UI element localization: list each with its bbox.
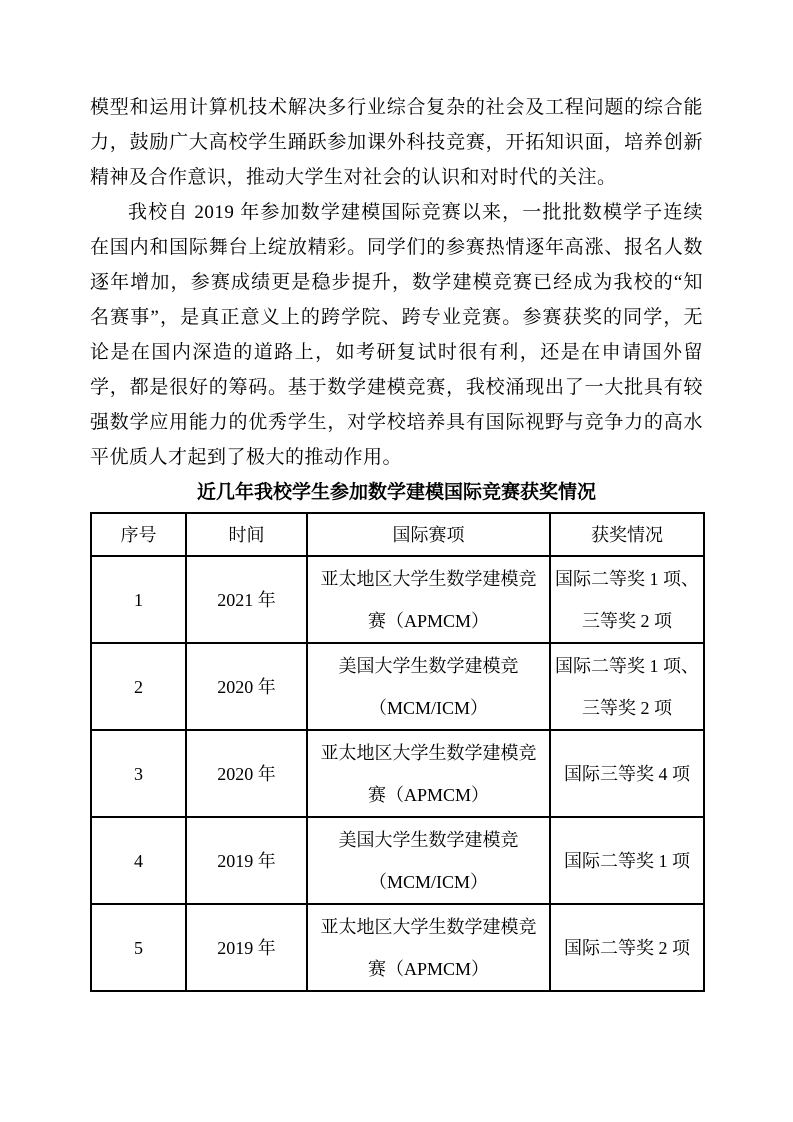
cell-event-name: 亚太地区大学生数学建模竞赛（APMCM）	[307, 556, 550, 643]
column-header-1: 时间	[186, 513, 307, 556]
table-row: 22020 年美国大学生数学建模竞（MCM/ICM）国际二等奖 1 项、三等奖 …	[91, 643, 704, 730]
cell-event-name: 美国大学生数学建模竞（MCM/ICM）	[307, 643, 550, 730]
cell-serial-number: 3	[91, 730, 186, 817]
cell-award-result: 国际二等奖 2 项	[550, 904, 704, 991]
cell-serial-number: 1	[91, 556, 186, 643]
table-row: 52019 年亚太地区大学生数学建模竞赛（APMCM）国际二等奖 2 项	[91, 904, 704, 991]
cell-event-name: 美国大学生数学建模竞（MCM/ICM）	[307, 817, 550, 904]
cell-event-name: 亚太地区大学生数学建模竞赛（APMCM）	[307, 730, 550, 817]
table-title: 近几年我校学生参加数学建模国际竞赛获奖情况	[90, 481, 703, 505]
cell-serial-number: 4	[91, 817, 186, 904]
column-header-0: 序号	[91, 513, 186, 556]
document-page: 模型和运用计算机技术解决多行业综合复杂的社会及工程问题的综合能力，鼓励广大高校学…	[0, 0, 793, 1122]
cell-serial-number: 2	[91, 643, 186, 730]
cell-year: 2019 年	[186, 904, 307, 991]
cell-year: 2019 年	[186, 817, 307, 904]
body-paragraph-1: 模型和运用计算机技术解决多行业综合复杂的社会及工程问题的综合能力，鼓励广大高校学…	[90, 90, 703, 195]
table-row: 42019 年美国大学生数学建模竞（MCM/ICM）国际二等奖 1 项	[91, 817, 704, 904]
cell-serial-number: 5	[91, 904, 186, 991]
table-header-row: 序号时间国际赛项获奖情况	[91, 513, 704, 556]
cell-year: 2021 年	[186, 556, 307, 643]
cell-year: 2020 年	[186, 643, 307, 730]
cell-year: 2020 年	[186, 730, 307, 817]
awards-table: 序号时间国际赛项获奖情况 12021 年亚太地区大学生数学建模竞赛（APMCM）…	[90, 512, 705, 992]
column-header-3: 获奖情况	[550, 513, 704, 556]
cell-award-result: 国际二等奖 1 项、三等奖 2 项	[550, 643, 704, 730]
page-content: 模型和运用计算机技术解决多行业综合复杂的社会及工程问题的综合能力，鼓励广大高校学…	[90, 90, 703, 992]
cell-award-result: 国际二等奖 1 项	[550, 817, 704, 904]
body-paragraph-2: 我校自 2019 年参加数学建模国际竞赛以来，一批批数模学子连续在国内和国际舞台…	[90, 195, 703, 475]
cell-event-name: 亚太地区大学生数学建模竞赛（APMCM）	[307, 904, 550, 991]
column-header-2: 国际赛项	[307, 513, 550, 556]
cell-award-result: 国际二等奖 1 项、三等奖 2 项	[550, 556, 704, 643]
table-row: 32020 年亚太地区大学生数学建模竞赛（APMCM）国际三等奖 4 项	[91, 730, 704, 817]
cell-award-result: 国际三等奖 4 项	[550, 730, 704, 817]
table-row: 12021 年亚太地区大学生数学建模竞赛（APMCM）国际二等奖 1 项、三等奖…	[91, 556, 704, 643]
